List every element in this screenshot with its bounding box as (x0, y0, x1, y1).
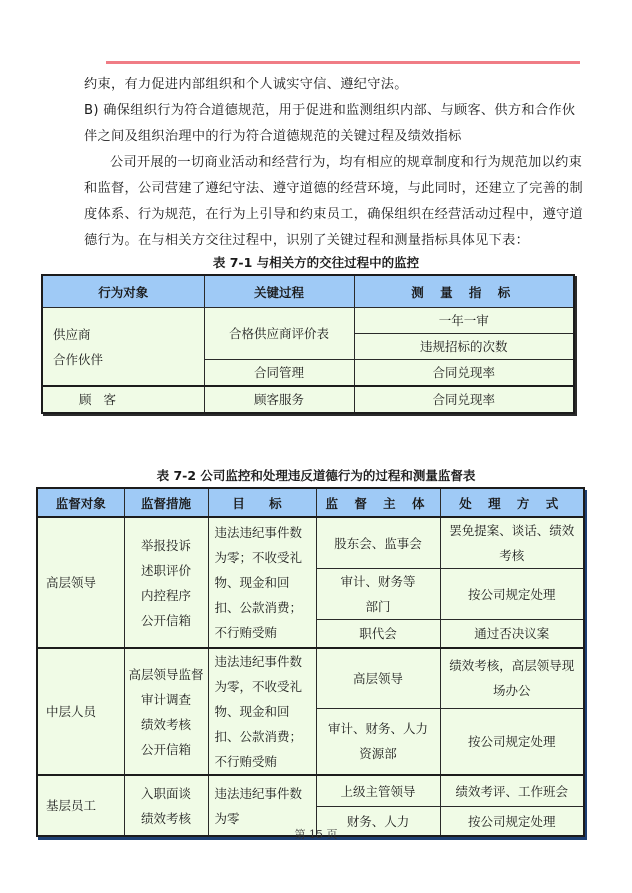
table2-caption: 表 7-2 公司监控和处理违反道德行为的过程和测量监督表 (0, 466, 632, 484)
table-row: 中层人员 高层领导监督 审计调查 绩效考核 公开信箱 违法违纪事件数为零，不收受… (37, 648, 584, 708)
cell-handling: 罢免提案、谈话、绩效考核 (440, 517, 584, 569)
cell-process: 顾客服务 (204, 386, 354, 413)
cell-object: 中层人员 (37, 648, 124, 775)
table-header-row: 监督对象 监督措施 目 标 监 督 主 体 处 理 方 式 (37, 488, 584, 517)
cell-handling: 按公司规定处理 (440, 569, 584, 620)
cell-metric: 合同兑现率 (354, 360, 574, 387)
cell-object-supplier: 供应商 合作伙伴 (42, 308, 204, 387)
column-header: 测 量 指 标 (354, 275, 574, 308)
page-number: 第 15 页 (0, 826, 632, 842)
table-header-row: 行为对象 关键过程 测 量 指 标 (42, 275, 574, 308)
cell-handling: 通过否决议案 (440, 620, 584, 649)
cell-object-customer: 顾 客 (42, 386, 204, 413)
table-row: 供应商 合作伙伴 合格供应商评价表 一年一审 (42, 308, 574, 334)
column-header: 处 理 方 式 (440, 488, 584, 517)
cell-process: 合同管理 (204, 360, 354, 387)
header-rule (106, 61, 580, 64)
column-header: 关键过程 (204, 275, 354, 308)
table1-caption: 表 7-1 与相关方的交往过程中的监控 (0, 253, 632, 271)
column-header: 监督对象 (37, 488, 124, 517)
cell-subject: 审计、财务、人力资源部 (316, 708, 440, 775)
column-header: 监 督 主 体 (316, 488, 440, 517)
table-row: 顾 客 顾客服务 合同兑现率 (42, 386, 574, 413)
cell-measures: 高层领导监督 审计调查 绩效考核 公开信箱 (124, 648, 208, 775)
cell-subject: 审计、财务等部门 (316, 569, 440, 620)
column-header: 目 标 (208, 488, 316, 517)
table-stakeholder-monitoring: 行为对象 关键过程 测 量 指 标 供应商 合作伙伴 合格供应商评价表 一年一审… (41, 274, 575, 414)
cell-metric: 合同兑现率 (354, 386, 574, 413)
cell-object: 高层领导 (37, 517, 124, 648)
cell-metric: 违规招标的次数 (354, 334, 574, 360)
paragraph-continuation: 约束，有力促进内部组织和个人诚实守信、遵纪守法。 (84, 72, 584, 98)
cell-process: 合格供应商评价表 (204, 308, 354, 360)
paragraph-section-b: B) 确保组织行为符合道德规范，用于促进和监测组织内部、与顾客、供方和合作伙伴之… (84, 98, 584, 150)
table-row: 高层领导 举报投诉 述职评价 内控程序 公开信箱 违法违纪事件数为零；不收受礼物… (37, 517, 584, 569)
cell-handling: 绩效考核，高层领导现场办公 (440, 648, 584, 708)
cell-handling: 按公司规定处理 (440, 708, 584, 775)
cell-subject: 上级主管领导 (316, 775, 440, 807)
table-row: 基层员工 入职面谈 绩效考核 违法违纪事件数为零 上级主管领导 绩效考评、工作班… (37, 775, 584, 807)
table-ethics-supervision: 监督对象 监督措施 目 标 监 督 主 体 处 理 方 式 高层领导 举报投诉 … (36, 487, 585, 837)
cell-metric: 一年一审 (354, 308, 574, 334)
paragraph-body: 公司开展的一切商业活动和经营行为，均有相应的规章制度和行为规范加以约束和监督，公… (84, 150, 584, 254)
cell-target: 违法违纪事件数为零；不收受礼物、现金和回扣、公款消费；不行贿受贿 (208, 517, 316, 648)
cell-target: 违法违纪事件数为零，不收受礼物、现金和回扣、公款消费；不行贿受贿 (208, 648, 316, 775)
cell-subject: 职代会 (316, 620, 440, 649)
cell-subject: 高层领导 (316, 648, 440, 708)
cell-measures: 举报投诉 述职评价 内控程序 公开信箱 (124, 517, 208, 648)
cell-subject: 股东会、监事会 (316, 517, 440, 569)
cell-handling: 绩效考评、工作班会 (440, 775, 584, 807)
column-header: 行为对象 (42, 275, 204, 308)
column-header: 监督措施 (124, 488, 208, 517)
